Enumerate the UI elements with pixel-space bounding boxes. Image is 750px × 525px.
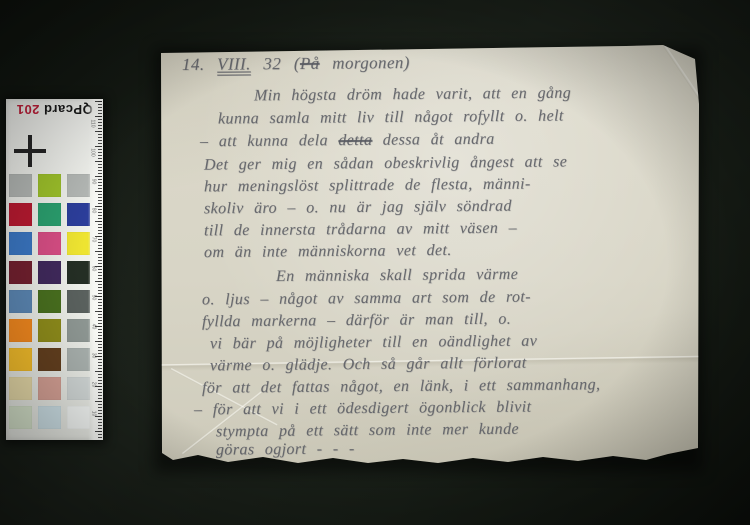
color-patch — [67, 174, 90, 197]
handwriting-line: Min högsta dröm hade varit, att en gång — [254, 85, 571, 106]
color-calibration-card: QPcard 201 — [6, 99, 103, 440]
handwriting-line: stympta på ett sätt som inte mer kunde — [216, 421, 519, 442]
photograph-background: QPcard 201 — [0, 0, 750, 525]
ruler-number: 70 — [91, 237, 96, 243]
color-patch — [9, 406, 32, 429]
color-patch-grid — [9, 174, 90, 429]
ruler-number: 30 — [91, 353, 96, 359]
color-patch — [9, 348, 32, 371]
ruler-number: 20 — [91, 382, 96, 388]
month-numeral: VIII. — [217, 54, 251, 73]
handwriting-line: – för att vi i ett ödesdigert ögonblick … — [194, 399, 532, 420]
color-patch — [9, 290, 32, 313]
ruler-number: 80 — [91, 208, 96, 214]
handwriting-line: – att kunna dela detta dessa åt andra — [200, 131, 495, 152]
struck-word: detta — [338, 132, 372, 149]
handwriting-line: kunna samla mitt liv till något rofyllt … — [218, 107, 564, 128]
ruler-scale: 110 100 90 80 70 60 50 40 30 20 10 — [88, 99, 103, 440]
handwriting-line: o. ljus – något av samma art som de rot- — [202, 289, 531, 310]
handwriting-line: En människa skall sprida värme — [276, 266, 518, 286]
date-line: 14. VIII. 32 (På morgonen) — [182, 53, 410, 75]
color-patch — [67, 232, 90, 255]
color-patch — [38, 348, 61, 371]
color-patch — [67, 348, 90, 371]
color-patch — [38, 319, 61, 342]
card-brand: QPcard — [44, 102, 93, 117]
color-patch — [38, 232, 61, 255]
registration-cross-icon — [14, 135, 46, 167]
handwriting-line: om än inte människorna vet det. — [204, 242, 452, 262]
ruler-number: 60 — [91, 266, 96, 272]
color-patch — [9, 203, 32, 226]
color-patch — [38, 261, 61, 284]
handwriting-line: skoliv äro – o. nu är jag själv söndrad — [204, 198, 512, 219]
struck-word: På — [300, 54, 320, 73]
handwriting-line: för att det fattas något, en länk, i ett… — [202, 376, 600, 397]
ruler-number: 110 — [90, 120, 95, 128]
color-patch — [67, 261, 90, 284]
ruler-number: 50 — [91, 295, 96, 301]
ruler-number: 100 — [89, 148, 94, 156]
color-patch — [38, 406, 61, 429]
color-patch — [9, 261, 32, 284]
color-patch — [38, 174, 61, 197]
color-patch — [67, 203, 90, 226]
color-patch — [9, 174, 32, 197]
handwriting-line: till de innersta trådarna av mitt väsen … — [204, 220, 517, 241]
handwriting-line: Det ger mig en sådan obeskrivlig ångest … — [204, 153, 567, 174]
handwriting-line: värme o. glädje. Och så går allt förlora… — [210, 355, 527, 376]
handwriting-line: vi bär på möjligheter till en oändlighet… — [210, 333, 537, 354]
color-patch — [67, 319, 90, 342]
ruler-number: 90 — [91, 179, 96, 185]
handwriting-line: fyllda markerna – därför är man till, o. — [202, 311, 511, 332]
handwriting-line: hur meningslöst splittrade de flesta, mä… — [204, 176, 531, 197]
color-patch — [9, 377, 32, 400]
color-patch — [9, 319, 32, 342]
color-patch — [9, 232, 32, 255]
color-patch — [67, 290, 90, 313]
handwriting-line: göras ogjort - - - — [216, 440, 355, 459]
card-model: 201 — [16, 102, 39, 117]
color-patch — [67, 406, 90, 429]
color-patch — [38, 290, 61, 313]
manuscript-page: 14. VIII. 32 (På morgonen) Min högsta dr… — [158, 44, 699, 464]
ruler-number: 40 — [91, 324, 96, 330]
corner-crease — [630, 0, 728, 139]
color-patch — [67, 377, 90, 400]
color-patch — [38, 203, 61, 226]
ruler-number: 10 — [91, 411, 96, 417]
color-patch — [38, 377, 61, 400]
